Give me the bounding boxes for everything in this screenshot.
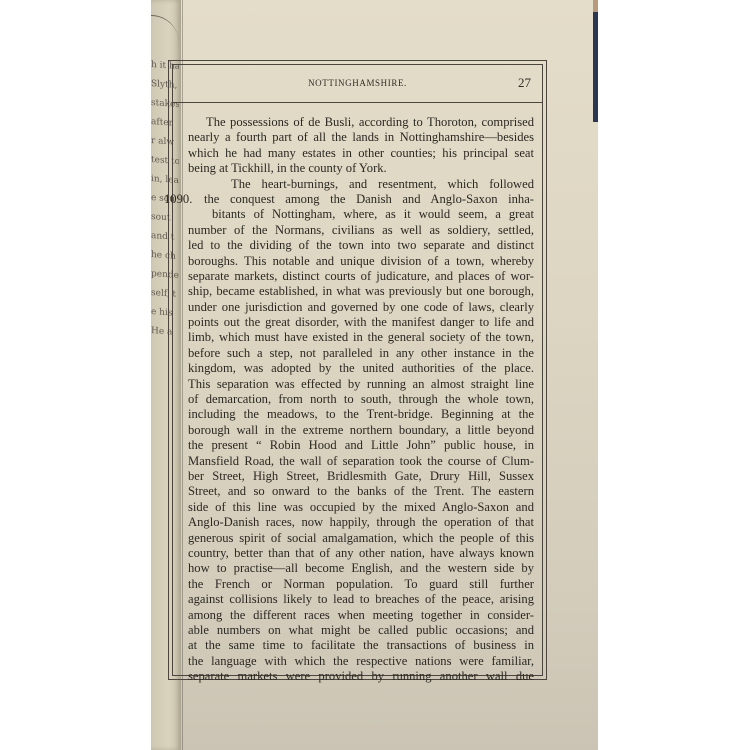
text-line: able numbers on what might be called pub… (188, 623, 534, 638)
text-line-content: the conquest among the Danish and Anglo-… (204, 192, 534, 206)
text-line-content: Street, and so onward to the banks of th… (188, 484, 534, 498)
text-line: borough wall in the extreme northern bou… (188, 423, 534, 438)
margin-date-note: 1090. (164, 192, 204, 207)
text-line: 1090.the conquest among the Danish and A… (188, 192, 534, 207)
text-line: against collisions likely to lead to bre… (188, 592, 534, 607)
text-line-content: separate markets, distinct courts of jud… (188, 269, 534, 283)
text-line-content: the French or Norman population. To guar… (188, 577, 534, 591)
page-frame-inner: NOTTINGHAMSHIRE. 27 The possessions of d… (172, 64, 543, 676)
text-line: boroughs. This notable and unique divisi… (188, 254, 534, 269)
text-line: at the same time to facilitate the trans… (188, 638, 534, 653)
text-line-content: ber Street, High Street, Bridlesmith Gat… (188, 469, 534, 483)
page-frame-outer: NOTTINGHAMSHIRE. 27 The possessions of d… (168, 60, 547, 680)
text-line: points out the great disorder, with the … (188, 315, 534, 330)
text-line-content: country, better than that of any other n… (188, 546, 534, 560)
text-line: side of this line was occupied by the mi… (188, 500, 534, 515)
text-line: before such a step, not paralleled in an… (188, 346, 534, 361)
text-line-content: side of this line was occupied by the mi… (188, 500, 534, 514)
running-head: NOTTINGHAMSHIRE. 27 (173, 65, 542, 103)
text-line-content: borough wall in the extreme northern bou… (188, 423, 534, 437)
text-line: generous spirit of social amalgamation, … (188, 531, 534, 546)
text-line: how to practise—all become English, and … (188, 561, 534, 576)
text-line: This separation was effected by running … (188, 377, 534, 392)
text-line: limb, which must have existed in the gen… (188, 330, 534, 345)
text-line: the language with which the respective n… (188, 654, 534, 669)
text-line-content: being at Tickhill, in the county of York… (188, 161, 387, 175)
text-line: Anglo-Danish races, now happily, through… (188, 515, 534, 530)
text-line-content: which he had many estates in other count… (188, 146, 534, 160)
text-line: country, better than that of any other n… (188, 546, 534, 561)
text-line-content: at the same time to facilitate the trans… (188, 638, 534, 652)
text-line: under one jurisdiction and governed by o… (188, 300, 534, 315)
book-page-photo: h it haSlyth, tstakesafterr alwtest toin… (151, 0, 598, 750)
text-line: ber Street, High Street, Bridlesmith Gat… (188, 469, 534, 484)
text-line: the French or Norman population. To guar… (188, 577, 534, 592)
text-line-content: against collisions likely to lead to bre… (188, 592, 534, 606)
text-line: among the different races when meeting t… (188, 608, 534, 623)
text-line: of demarcation, from north to south, thr… (188, 392, 534, 407)
text-line-content: before such a step, not paralleled in an… (188, 346, 534, 360)
text-line-content: bitants of Nottingham, where, as it woul… (212, 207, 534, 221)
text-line-content: Anglo-Danish races, now happily, through… (188, 515, 534, 529)
page-number: 27 (518, 75, 531, 91)
text-line-content: among the different races when meeting t… (188, 608, 534, 622)
text-line: bitants of Nottingham, where, as it woul… (188, 207, 534, 222)
text-line-content: the language with which the respective n… (188, 654, 534, 668)
text-line-content: ship, became established, in what was pr… (188, 284, 534, 298)
text-line-content: The possessions of de Busli, according t… (206, 115, 534, 129)
text-line: which he had many estates in other count… (188, 146, 534, 161)
text-line-content: boroughs. This notable and unique divisi… (188, 254, 534, 268)
body-text: The possessions of de Busli, according t… (188, 115, 534, 684)
text-line: nearly a fourth part of all the lands in… (188, 130, 534, 145)
text-line-content: able numbers on what might be called pub… (188, 623, 534, 637)
text-line: The heart-burnings, and resentment, whic… (188, 177, 534, 192)
text-line-content: kingdom, was adopted by the united autho… (188, 361, 534, 375)
text-line-content: separate markets were provided by runnin… (188, 669, 534, 683)
text-line: being at Tickhill, in the county of York… (188, 161, 534, 176)
text-line-content: Mansfield Road, the wall of separation t… (188, 454, 534, 468)
book-cover-corner (593, 0, 598, 12)
text-line: led to the dividing of the town into two… (188, 238, 534, 253)
text-line-content: The heart-burnings, and resentment, whic… (231, 177, 534, 191)
text-line-content: This separation was effected by running … (188, 377, 534, 391)
text-line-content: limb, which must have existed in the gen… (188, 330, 534, 344)
text-line: The possessions of de Busli, according t… (188, 115, 534, 130)
text-line-content: number of the Normans, civilians as well… (188, 223, 534, 237)
text-line: separate markets, distinct courts of jud… (188, 269, 534, 284)
text-line: the present “ Robin Hood and Little John… (188, 438, 534, 453)
text-line-content: under one jurisdiction and governed by o… (188, 300, 534, 314)
text-line: Mansfield Road, the wall of separation t… (188, 454, 534, 469)
text-line-content: including the meadows, to the Trent-brid… (188, 407, 534, 421)
text-line-content: of demarcation, from north to south, thr… (188, 392, 534, 406)
text-line-content: generous spirit of social amalgamation, … (188, 531, 534, 545)
book-cover-edge (593, 12, 598, 122)
text-line: separate markets were provided by runnin… (188, 669, 534, 684)
text-line-content: led to the dividing of the town into two… (188, 238, 534, 252)
text-line: number of the Normans, civilians as well… (188, 223, 534, 238)
running-title: NOTTINGHAMSHIRE. (173, 78, 542, 88)
text-line-content: how to practise—all become English, and … (188, 561, 534, 575)
text-line: kingdom, was adopted by the united autho… (188, 361, 534, 376)
text-line-content: the present “ Robin Hood and Little John… (188, 438, 534, 452)
text-line: including the meadows, to the Trent-brid… (188, 407, 534, 422)
text-line: Street, and so onward to the banks of th… (188, 484, 534, 499)
text-line-content: points out the great disorder, with the … (188, 315, 534, 329)
text-line: ship, became established, in what was pr… (188, 284, 534, 299)
text-line-content: nearly a fourth part of all the lands in… (188, 130, 534, 144)
page-curl (151, 15, 179, 46)
